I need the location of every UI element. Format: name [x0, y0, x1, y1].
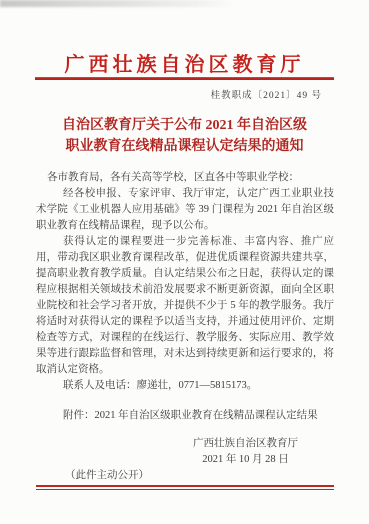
attachment-line: 附件：2021 年自治区级职业教育在线精品课程认定结果	[36, 408, 334, 424]
body-paragraph-2: 获得认定的课程要进一步完善标准、丰富内容、推广应用，带动我区职业教育课程改革，促…	[36, 234, 334, 378]
document-body: 各市教育局，各有关高等学校，区直各中等职业学校： 经各校申报、专家评审、我厅审定…	[36, 170, 334, 484]
document-title-line2: 职业教育在线精品课程认定结果的通知	[0, 136, 369, 157]
salutation-line: 各市教育局，各有关高等学校，区直各中等职业学校：	[36, 170, 334, 186]
issuing-authority: 广西壮族自治区教育厅	[193, 436, 298, 452]
document-title-line1: 自治区教育厅关于公布 2021 年自治区级	[0, 115, 369, 136]
issue-date: 2021 年 10 月 28 日	[193, 452, 298, 468]
document-number: 桂教职成〔2021〕49 号	[211, 87, 322, 101]
document-title: 自治区教育厅关于公布 2021 年自治区级 职业教育在线精品课程认定结果的通知	[0, 115, 369, 157]
body-paragraph-1: 经各校申报、专家评审、我厅审定，认定广西工业职业技术学院《工业机器人应用基础》等…	[36, 186, 334, 234]
document-page: 广西壮族自治区教育厅 桂教职成〔2021〕49 号 自治区教育厅关于公布 202…	[0, 0, 369, 524]
disclosure-note: （此件主动公开）	[36, 468, 334, 484]
signature-inner: 广西壮族自治区教育厅 2021 年 10 月 28 日	[193, 436, 298, 468]
org-header-title: 广西壮族自治区教育厅	[0, 48, 369, 77]
signature-block: 广西壮族自治区教育厅 2021 年 10 月 28 日	[36, 436, 334, 468]
red-footer-rule	[36, 485, 334, 490]
red-header-rule	[35, 77, 334, 80]
contact-line: 联系人及电话：廖递壮，0771—5815173。	[36, 378, 334, 394]
scan-artifact-shade	[0, 0, 236, 7]
